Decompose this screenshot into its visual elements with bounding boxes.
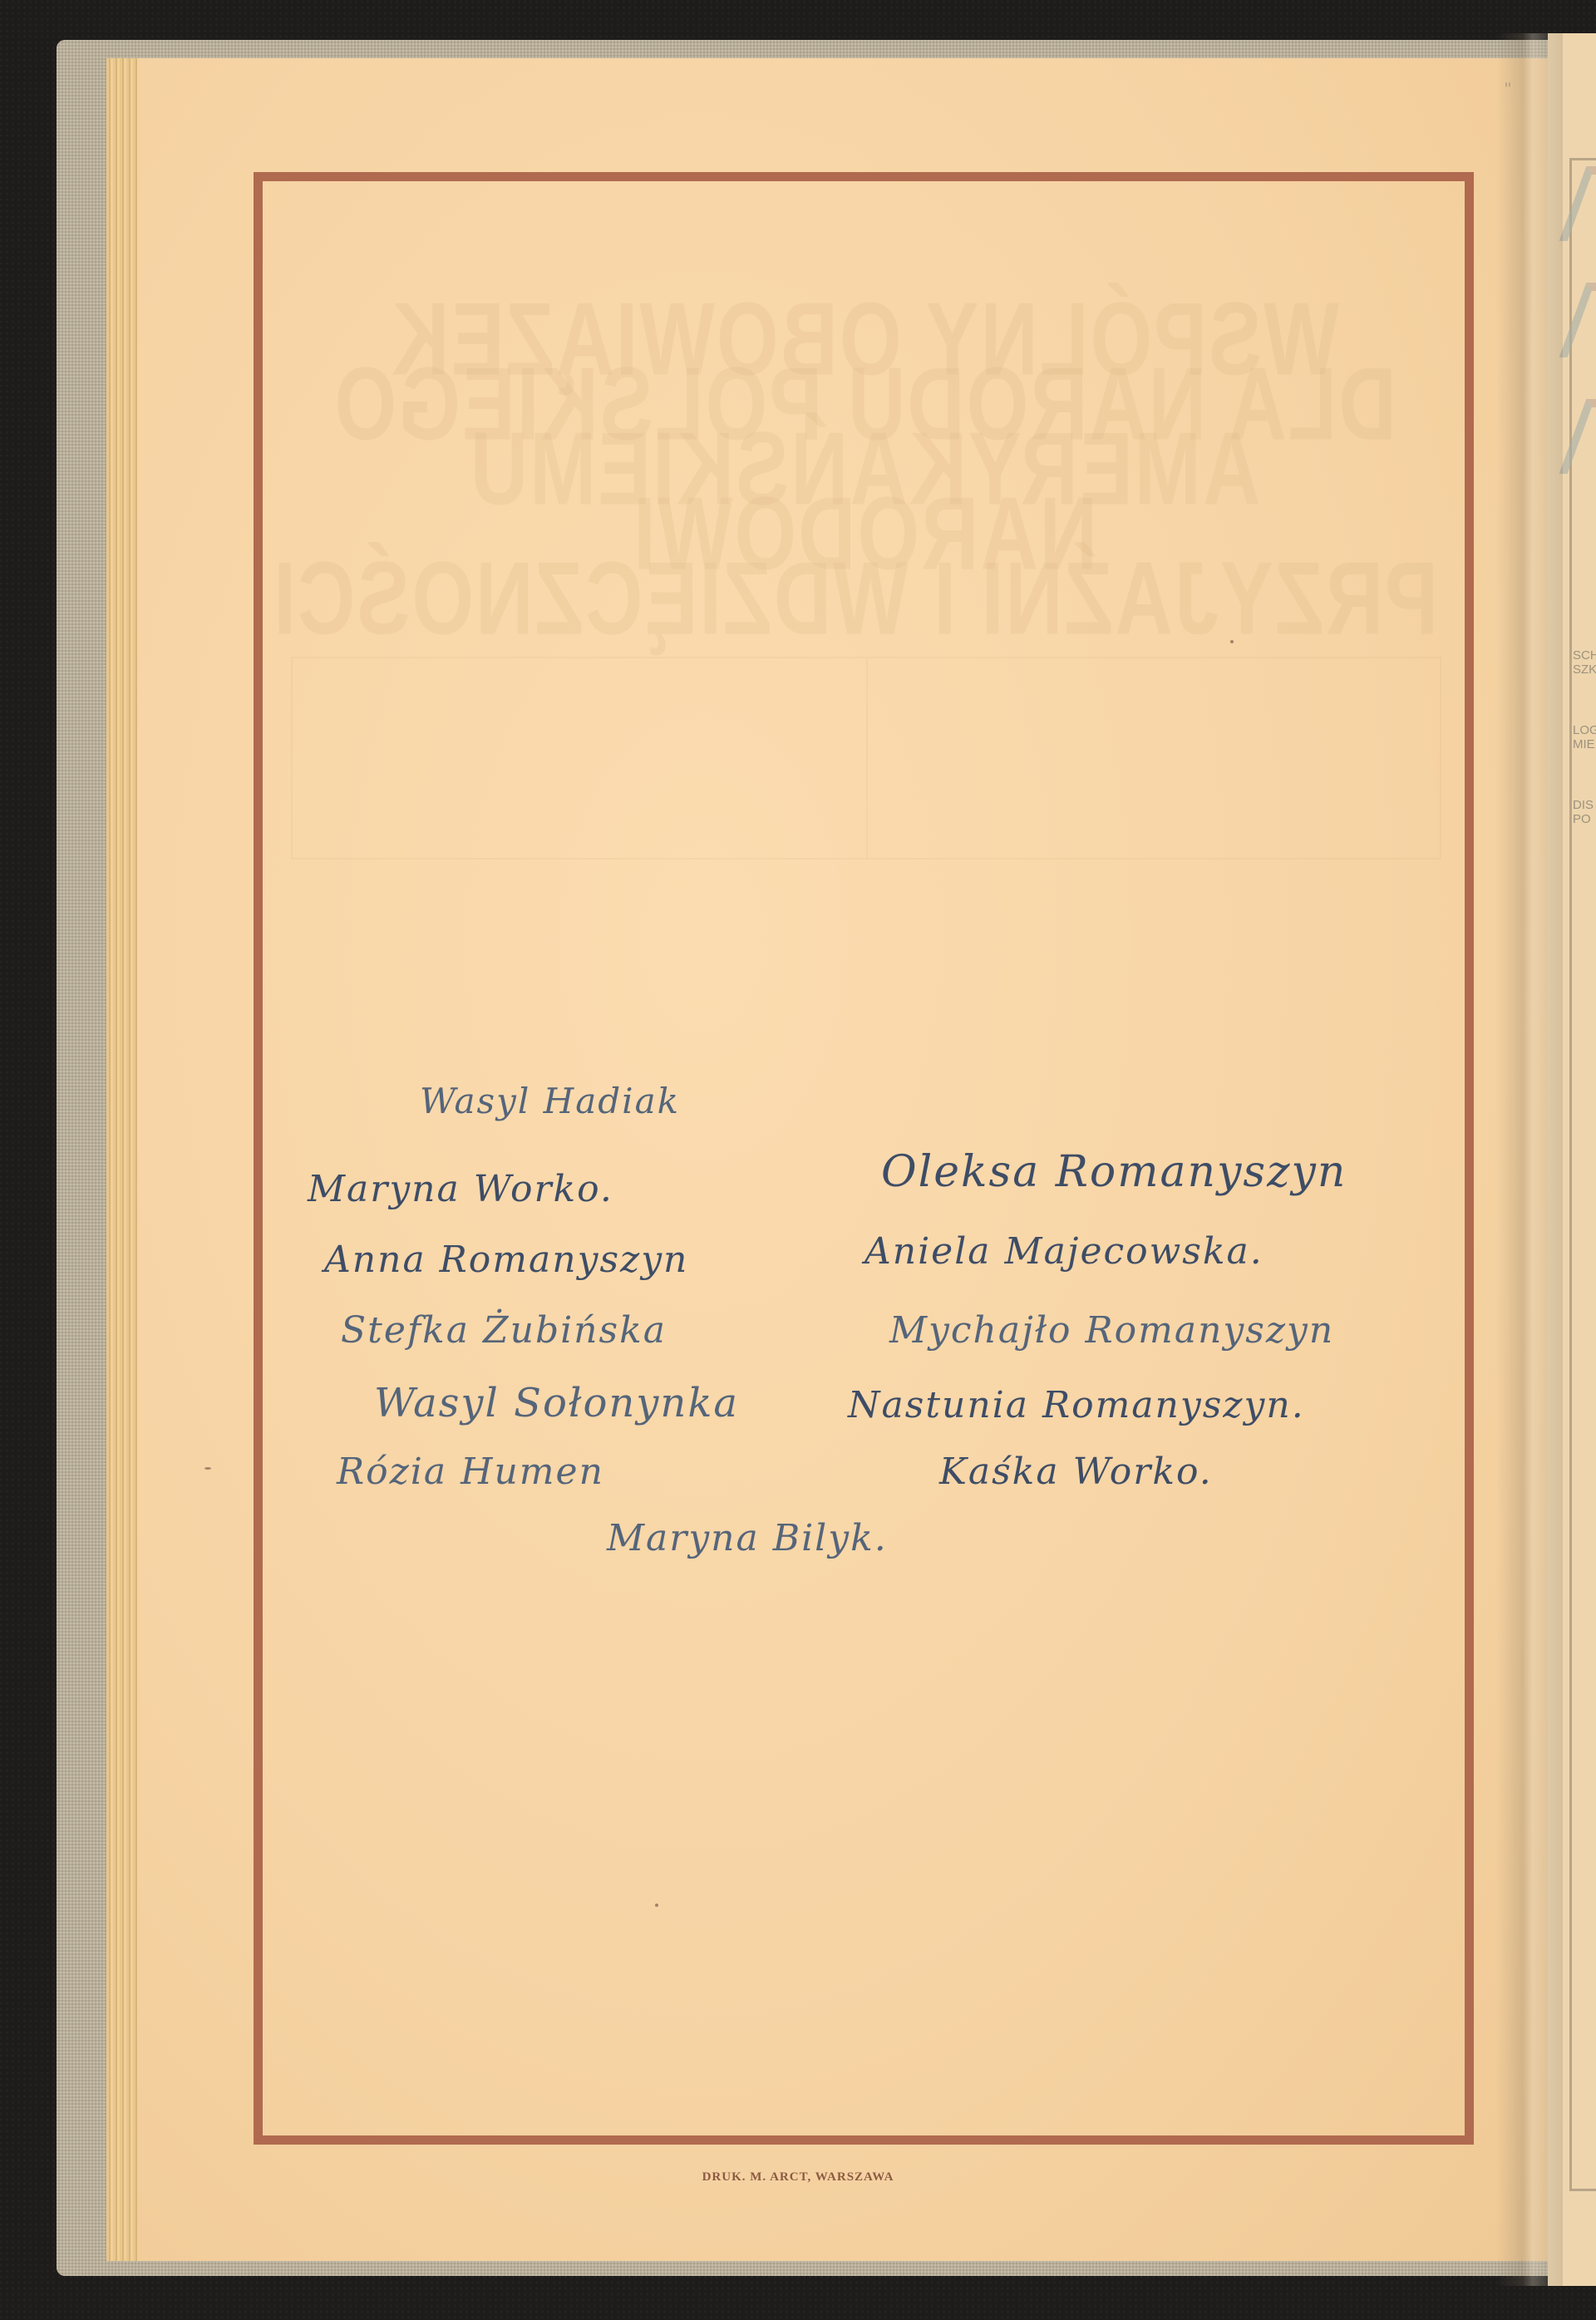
page-stack-edge [106,58,140,2261]
paper-speck [655,1904,658,1907]
gutter-shadow [1496,33,1563,2286]
signature: Maryna Bilyk. [607,1517,888,1559]
signature: Rózia Humen [337,1451,604,1493]
paper-speck [1230,640,1234,643]
adjacent-page-label: DIS PO [1573,798,1594,826]
signature: Anna Romanyszyn [324,1239,688,1281]
adjacent-page-label: SCH SZK [1573,648,1596,677]
printer-imprint: DRUK. M. ARCT, WARSZAWA [0,2170,1596,2185]
signature: Mychajło Romanyszyn [889,1309,1334,1352]
signature: Aniela Majecowska. [864,1230,1263,1273]
signature: Stefka Żubińska [341,1309,667,1352]
pencil-mark: " [1505,79,1513,101]
signature: Maryna Worko. [308,1168,613,1210]
signature: Nastunia Romanyszyn. [848,1384,1305,1426]
adjacent-page-label: LOG MIE [1573,723,1596,751]
paper-speck [204,1467,211,1470]
signature: Wasyl Hadiak [420,1081,680,1121]
signature: Oleksa Romanyszyn [881,1147,1347,1197]
signature: Kaśka Worko. [939,1451,1213,1493]
signature: Wasyl Sołonynka [374,1380,739,1426]
